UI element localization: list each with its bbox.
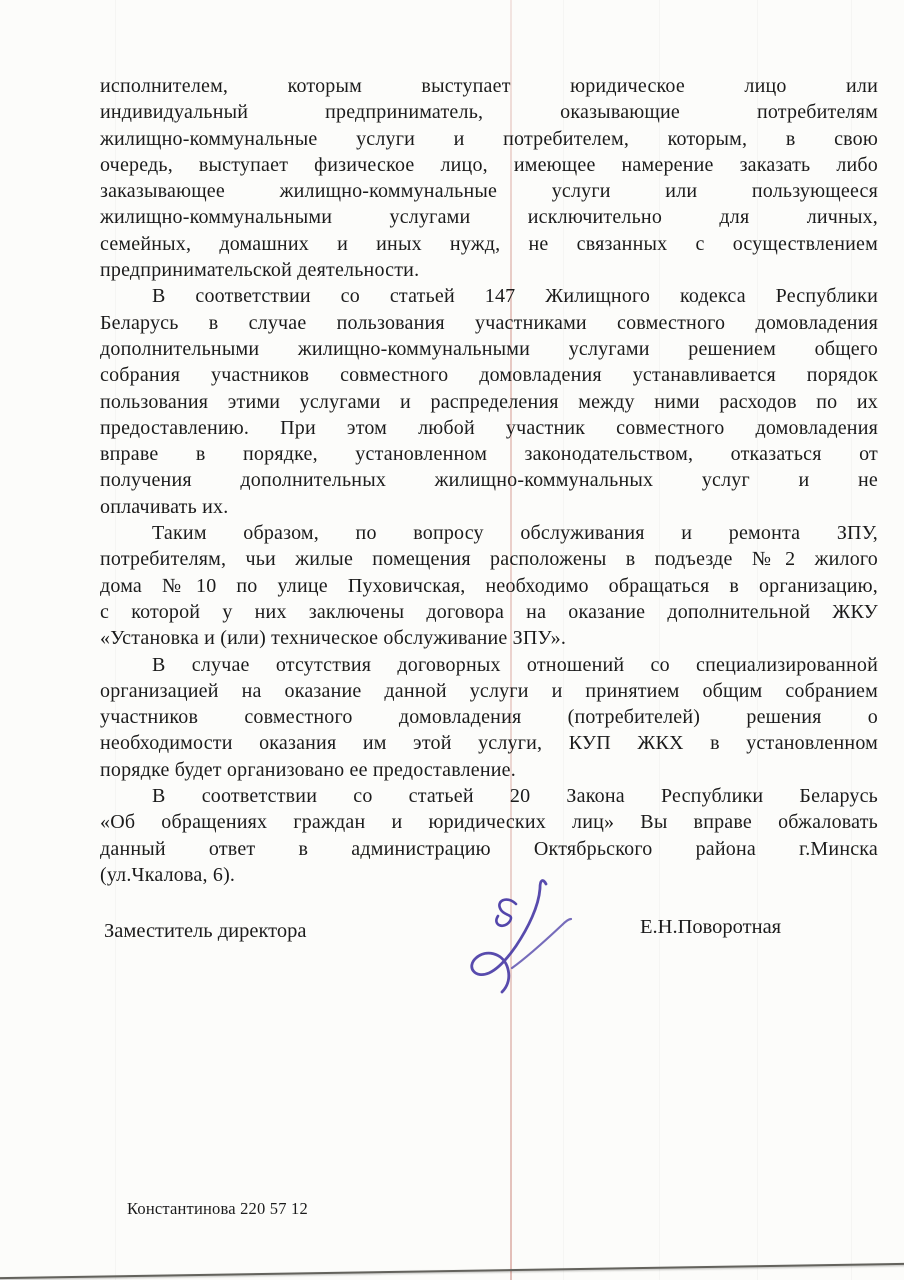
text-line: собрания участников совместного домовлад… [100, 362, 878, 388]
text-line: получения дополнительных жилищно-коммуна… [100, 467, 878, 493]
text-line: оплачивать их. [100, 494, 878, 520]
text-line: дома №10 по улице Пуховичская, необходим… [100, 573, 878, 599]
signer-name: Е.Н.Поворотная [640, 916, 781, 939]
paragraph-4: В случае отсутствия договорных отношений… [100, 652, 878, 783]
text-line: индивидуальный предприниматель, оказываю… [100, 99, 878, 125]
handwritten-signature [450, 864, 600, 996]
text-line: «Установка и (или) техническое обслужива… [100, 625, 878, 651]
paragraph-3: Таким образом, по вопросу обслуживания и… [100, 520, 878, 651]
signature-stroke [512, 919, 571, 968]
scanned-letter-page: исполнителем, которым выступает юридичес… [0, 0, 904, 1280]
text-line: В случае отсутствия договорных отношений… [100, 652, 878, 678]
text-line: семейных, домашних и иных нужд, не связа… [100, 231, 878, 257]
text-line: жилищно-коммунальными услугами исключите… [100, 204, 878, 230]
text-line: данный ответ в администрацию Октябрьског… [100, 836, 878, 862]
text-line: жилищно-коммунальные услуги и потребител… [100, 126, 878, 152]
paper-edge-artifact [0, 1263, 904, 1280]
signature-stroke [472, 881, 546, 992]
text-line: порядке будет организовано ее предоставл… [100, 757, 878, 783]
text-line: предоставлению. При этом любой участник … [100, 415, 878, 441]
text-line: вправе в порядке, установленном законода… [100, 441, 878, 467]
letter-body: исполнителем, которым выступает юридичес… [100, 73, 878, 888]
signature-stroke [496, 900, 516, 926]
text-line: В соответствии со статьей 20 Закона Респ… [100, 783, 878, 809]
text-line: очередь, выступает физическое лицо, имею… [100, 152, 878, 178]
text-line: предпринимательской деятельности. [100, 257, 878, 283]
text-line: Таким образом, по вопросу обслуживания и… [100, 520, 878, 546]
text-line: исполнителем, которым выступает юридичес… [100, 73, 878, 99]
text-line: «Об обращениях граждан и юридических лиц… [100, 809, 878, 835]
text-line: потребителям, чьи жилые помещения распол… [100, 546, 878, 572]
text-line: организацией на оказание данной услуги и… [100, 678, 878, 704]
text-line: Беларусь в случае пользования участникам… [100, 310, 878, 336]
text-line: с которой у них заключены договора на ок… [100, 599, 878, 625]
text-line: необходимости оказания им этой услуги, К… [100, 730, 878, 756]
text-line: дополнительными жилищно-коммунальными ус… [100, 336, 878, 362]
paragraph-1: исполнителем, которым выступает юридичес… [100, 73, 878, 283]
text-line: участников совместного домовладения (пот… [100, 704, 878, 730]
signer-job-title: Заместитель директора [104, 920, 306, 943]
text-line: заказывающее жилищно-коммунальные услуги… [100, 178, 878, 204]
text-line: В соответствии со статьей 147 Жилищного … [100, 283, 878, 309]
executor-contact: Константинова 220 57 12 [127, 1199, 308, 1219]
text-line: пользования этими услугами и распределен… [100, 389, 878, 415]
paragraph-2: В соответствии со статьей 147 Жилищного … [100, 283, 878, 520]
